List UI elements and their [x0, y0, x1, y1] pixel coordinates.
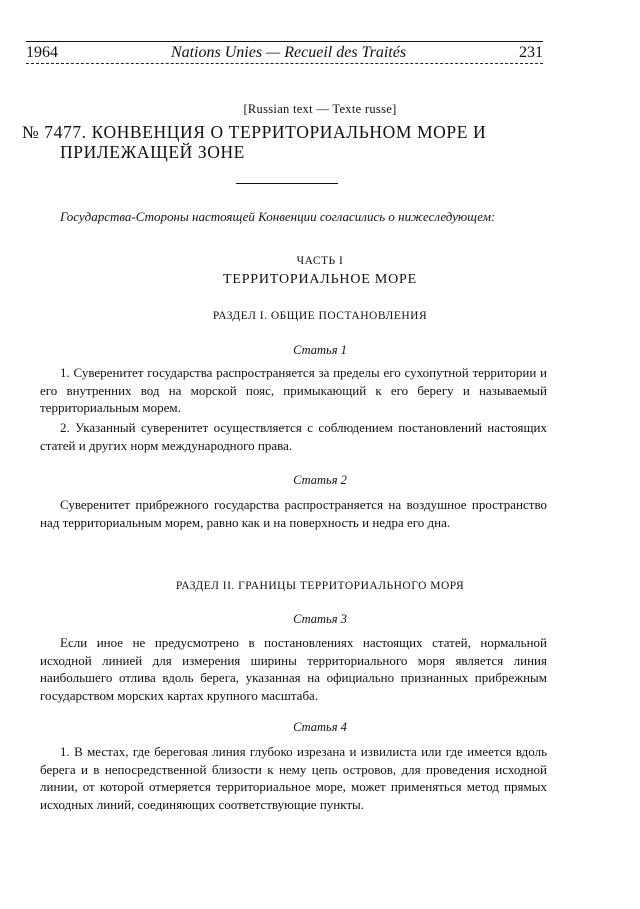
- header-rule: [26, 63, 543, 64]
- title-line-2: ПРИЛЕЖАЩЕЙ ЗОНЕ: [22, 142, 562, 162]
- top-rule: [26, 41, 543, 42]
- running-header: 1964 Nations Unies — Recueil des Traités…: [26, 43, 543, 63]
- language-note: [Russian text — Texte russe]: [0, 102, 640, 117]
- part-title: ТЕРРИТОРИАЛЬНОЕ МОРЕ: [0, 272, 640, 288]
- article-4-paragraph: 1. В местах, где береговая линия глубоко…: [40, 743, 547, 813]
- title-rule: [236, 183, 338, 184]
- section-2-heading: РАЗДЕЛ II. ГРАНИЦЫ ТЕРРИТОРИАЛЬНОГО МОРЯ: [0, 580, 640, 592]
- article-1-paragraph-1: 1. Суверенитет государства распространяе…: [40, 364, 547, 417]
- article-1-paragraph-2: 2. Указанный суверенитет осуществляется …: [40, 419, 547, 454]
- article-2-paragraph: Суверенитет прибрежного государства расп…: [40, 496, 547, 531]
- article-4-heading: Статья 4: [0, 720, 640, 735]
- section-1-heading: РАЗДЕЛ I. ОБЩИЕ ПОСТАНОВЛЕНИЯ: [0, 310, 640, 322]
- header-year: 1964: [26, 44, 58, 62]
- preamble: Государства-Стороны настоящей Конвенции …: [60, 209, 600, 225]
- title-line-1: № 7477. КОНВЕНЦИЯ О ТЕРРИТОРИАЛЬНОМ МОРЕ…: [22, 122, 486, 142]
- part-heading: ЧАСТЬ I: [0, 255, 640, 267]
- article-3-paragraph: Если иное не предусмотрено в постановлен…: [40, 634, 547, 704]
- article-1-heading: Статья 1: [0, 343, 640, 358]
- document-title: № 7477. КОНВЕНЦИЯ О ТЕРРИТОРИАЛЬНОМ МОРЕ…: [22, 122, 562, 162]
- article-2-heading: Статья 2: [0, 473, 640, 488]
- page-number: 231: [519, 44, 543, 62]
- header-title: Nations Unies — Recueil des Traités: [171, 44, 406, 62]
- article-3-heading: Статья 3: [0, 612, 640, 627]
